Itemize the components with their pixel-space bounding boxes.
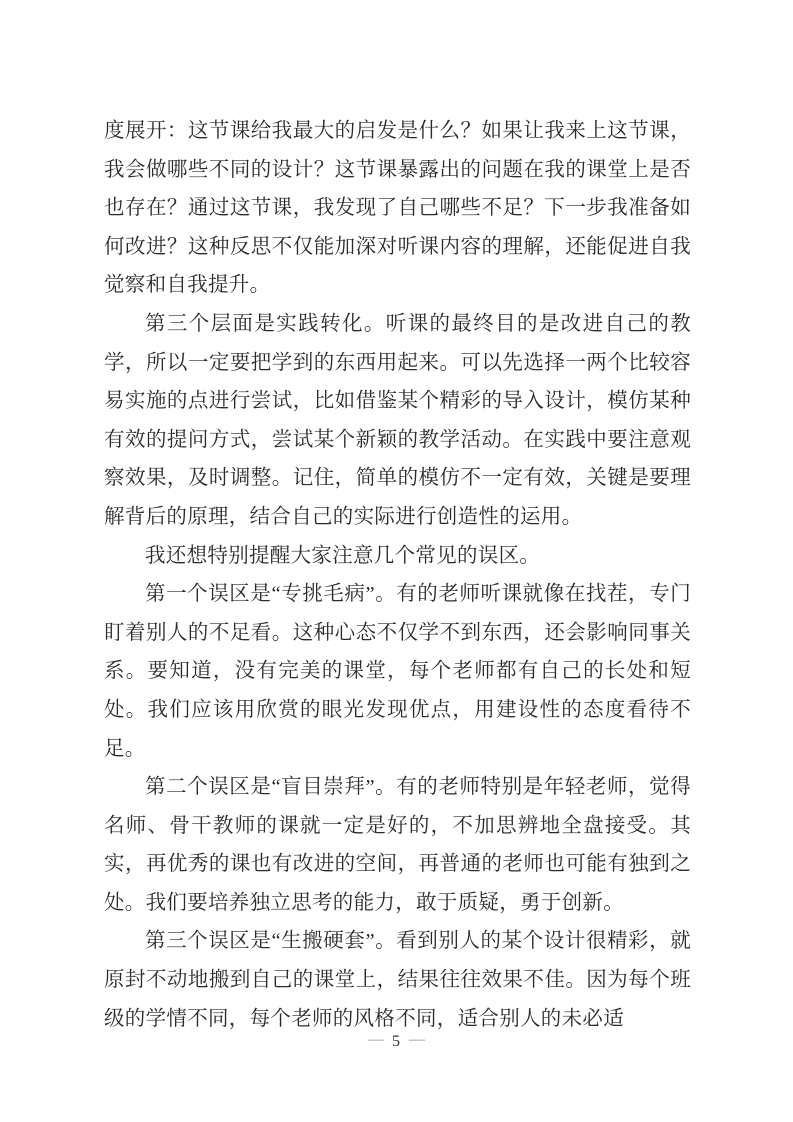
paragraph-misconceptions-intro: 我还想特别提醒大家注意几个常见的误区。	[104, 537, 691, 576]
document-page: 度展开：这节课给我最大的启发是什么？如果让我来上这节课，我会做哪些不同的设计？这…	[0, 0, 793, 1122]
paragraph-misconception-1: 第一个误区是“专挑毛病”。有的老师听课就像在找茬，专门盯着别人的不足看。这种心态…	[104, 575, 691, 768]
paragraph-continuation: 度展开：这节课给我最大的启发是什么？如果让我来上这节课，我会做哪些不同的设计？这…	[104, 112, 691, 305]
document-body: 度展开：这节课给我最大的启发是什么？如果让我来上这节课，我会做哪些不同的设计？这…	[104, 112, 691, 1038]
paragraph-practice-transfer: 第三个层面是实践转化。听课的最终目的是改进自己的教学，所以一定要把学到的东西用起…	[104, 305, 691, 537]
paragraph-misconception-2: 第二个误区是“盲目崇拜”。有的老师特别是年轻老师，觉得名师、骨干教师的课就一定是…	[104, 768, 691, 922]
footer-dash-right: —	[409, 1031, 425, 1048]
page-number: 5	[392, 1033, 401, 1050]
paragraph-misconception-3: 第三个误区是“生搬硬套”。看到别人的某个设计很精彩，就原封不动地搬到自己的课堂上…	[104, 922, 691, 1038]
page-footer: —5—	[0, 1031, 793, 1053]
footer-dash-left: —	[368, 1031, 384, 1048]
